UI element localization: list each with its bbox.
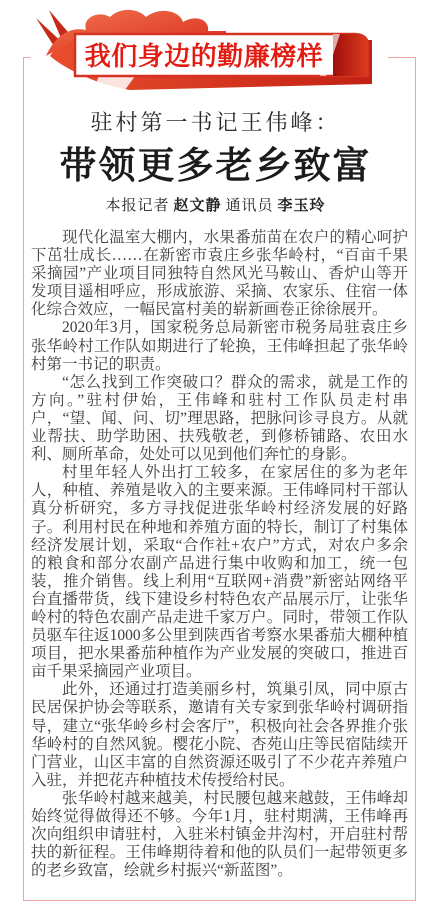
article-body: 现代化温室大棚内，水果番茄苗在农户的精心呵护下茁壮成长……在新密市袁庄乡张华岭村… [31,229,408,880]
paragraph-5: 此外，还通过打造美丽乡村，筑巢引凤，同中原古民居保护协会等联系，邀请有关专家到张… [31,681,408,790]
article-kicker: 驻村第一书记王伟峰： [0,106,431,137]
article-byline: 本报记者赵文静通讯员李玉玲 [0,194,431,215]
column-banner: 我们身边的勤廉榜样 [30,4,388,98]
byline-reporter-name: 赵文静 [173,197,221,214]
column-banner-title: 我们身边的勤廉榜样 [75,34,333,74]
byline-role-reporter: 本报记者 [105,197,169,214]
article-headline: 带领更多老乡致富 [0,135,431,189]
paragraph-1: 现代化温室大棚内，水果番茄苗在农户的精心呵护下茁壮成长……在新密市袁庄乡张华岭村… [31,229,408,319]
paragraph-2: 2020年3月，国家税务总局新密市税务局驻袁庄乡张华岭村工作队如期进行了轮换，王… [31,319,408,373]
paragraph-4: 村里年轻人外出打工较多，在家居住的多为老年人，种植、养殖是收入的主要来源。王伟峰… [31,464,408,681]
byline-correspondent-name: 李玉玲 [278,197,326,214]
paragraph-6: 张华岭村越来越美，村民腰包越来越鼓，王伟峰却始终觉得做得还不够。今年1月，驻村期… [31,790,408,880]
byline-role-correspondent: 通讯员 [226,197,274,214]
newspaper-clipping: 我们身边的勤廉榜样 驻村第一书记王伟峰： 带领更多老乡致富 本报记者赵文静通讯员… [0,0,431,917]
paragraph-3: “怎么找到工作突破口？群众的需求，就是工作的方向。”驻村伊始，王伟峰和驻村工作队… [31,374,408,464]
